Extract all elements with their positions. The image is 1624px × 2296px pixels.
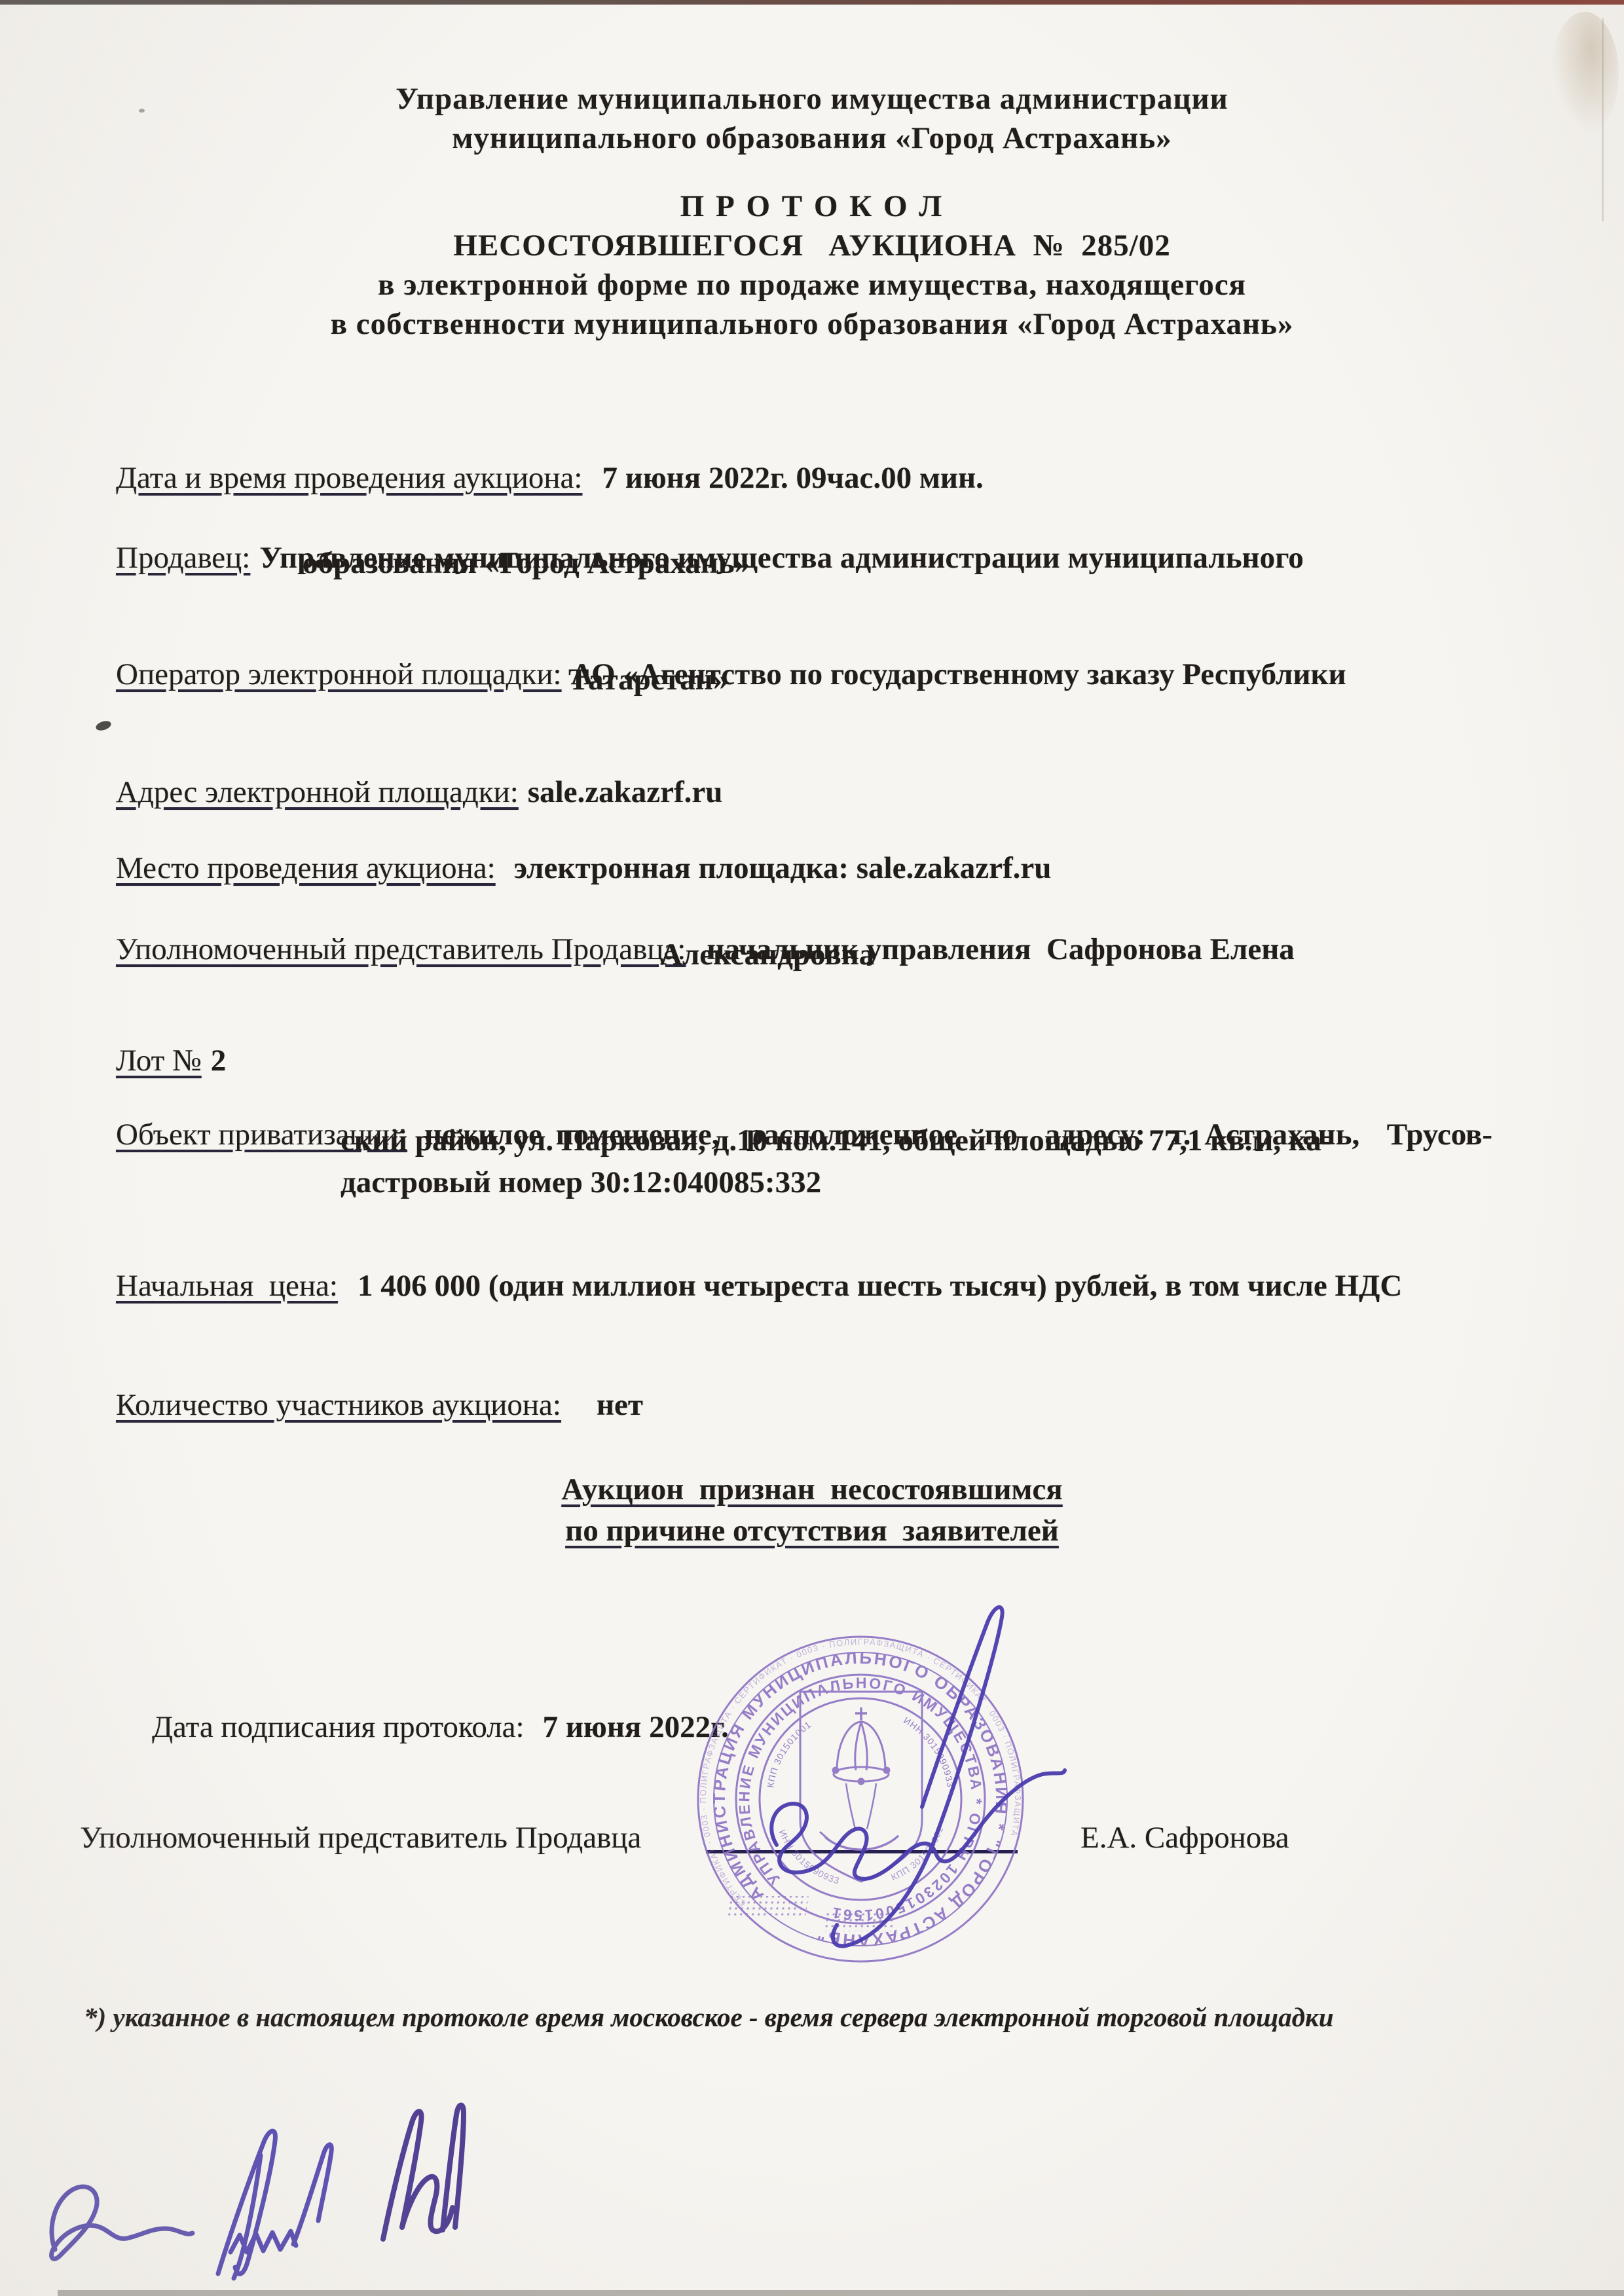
field-representative-label: Уполномоченный представитель Продавца: [116,932,686,966]
field-lot-value: 2 [211,1044,227,1078]
signature-stroke-cursive [771,1770,1065,1879]
signature-stroke-loop [833,1607,1003,1946]
field-start-price-value: 1 406 000 (один миллион четыреста шесть … [358,1269,1402,1303]
footnote: *) указанное в настоящем протоколе время… [84,2002,1334,2033]
scanned-auction-protocol-page: Управление муниципального имущества адми… [0,0,1624,2296]
field-object-value-line2: ский район, ул. Парковая, д.10 пом.141, … [341,1123,1331,1159]
signing-date-label: Дата подписания протокола: [152,1710,525,1744]
signing-rep-label: Уполномоченный представитель Продавца [80,1820,641,1856]
doc-title-line3: в электронной форме по продаже имущества… [0,267,1624,303]
result-statement-line1: Аукцион признан несостоявшимся [0,1472,1624,1508]
field-participants-value: нет [597,1388,643,1422]
field-seller-label: Продавец: [116,541,250,575]
field-start-price-label: Начальная цена: [116,1269,338,1303]
field-object-value-line3: дастровый номер 30:12:040085:332 [341,1165,821,1201]
representative-signature-ink [720,1584,1113,1990]
field-participants: Количество участников аукциона:нет [85,1351,643,1459]
field-representative-value-line2: Александровна [660,937,874,973]
field-platform-address-label: Адрес электронной площадки: [116,775,519,809]
field-venue-value: электронная площадка: sale.zakazrf.ru [514,851,1052,885]
field-platform-address-value: sale.zakazrf.ru [528,775,723,809]
org-name-line2: муниципального образования «Город Астрах… [0,120,1624,156]
approval-signature-2 [218,2131,331,2278]
field-start-price: Начальная цена:1 406 000 (один миллион ч… [85,1232,1402,1339]
scan-artifact-corner-smudge [1551,12,1619,136]
approval-signature-1 [52,2187,193,2259]
field-operator-value-line2: Татарстан» [568,662,728,698]
approval-signatures [20,2082,478,2291]
result-statement-line2-text: по причине отсутствия заявителей [565,1514,1059,1548]
approval-signature-3 [383,2105,464,2239]
doc-title-line4: в собственности муниципального образован… [0,306,1624,342]
result-statement-line2: по причине отсутствия заявителей [0,1513,1624,1549]
field-auction-datetime-label: Дата и время проведения аукциона: [116,461,582,495]
doc-title-number: НЕСОСТОЯВШЕГОСЯ АУКЦИОНА № 285/02 [0,228,1624,264]
scan-artifact-top-edge [0,0,1624,5]
field-auction-datetime-value: 7 июня 2022г. 09час.00 мин. [602,461,983,495]
field-participants-label: Количество участников аукциона: [116,1388,561,1422]
field-lot-label: Лот № [116,1044,202,1078]
field-operator-label: Оператор электронной площадки: [116,657,562,691]
field-seller-value-line2: образования «Город Астрахань» [303,545,750,581]
field-venue-label: Место проведения аукциона: [116,851,496,885]
result-statement-line1-text: Аукцион признан несостоявшимся [561,1472,1062,1506]
doc-title-protocol: П Р О Т О К О Л [0,189,1624,225]
signing-date-row: Дата подписания протокола:7 июня 2022г. [121,1673,729,1781]
org-name-line1: Управление муниципального имущества адми… [0,81,1624,117]
